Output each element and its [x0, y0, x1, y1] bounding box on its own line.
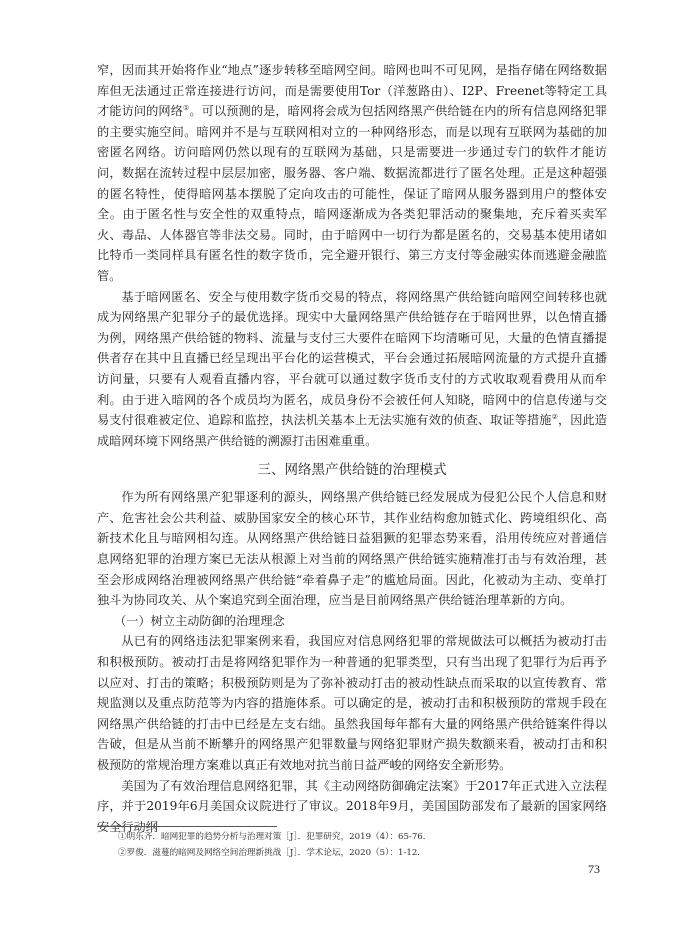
paragraph-darknet-intro: 窄，因而其开始将作业“地点”逐步转移至暗网空间。暗网也叫不可见网，是指存储在网络… [97, 60, 607, 287]
footnote-divider [97, 826, 277, 827]
paragraph-governance-intro: 作为所有网络黑产犯罪逐利的源头，网络黑产供给链已经发展成为侵犯公民个人信息和财产… [97, 487, 607, 611]
paragraph-active-defense: 从已有的网络违法犯罪案例来看，我国应对信息网络犯罪的常规做法可以概括为被动打击和… [97, 631, 607, 775]
page-body: 窄，因而其开始将作业“地点”逐步转移至暗网空间。暗网也叫不可见网，是指存储在网络… [97, 60, 607, 837]
footnote-1: ①明乐齐．暗网犯罪的趋势分析与治理对策［J］．犯罪研究，2019（4）：65-7… [118, 829, 598, 845]
footnote-2: ②罗俊．滋蔓的暗网及网络空间治理新挑战［J］．学术论坛，2020（5）：1-12… [118, 845, 598, 861]
paragraph-text: 基于暗网匿名、安全与使用数字货币交易的特点，将网络黑产供给链向暗网空间转移也就成… [97, 290, 607, 428]
paragraph-darknet-migration: 基于暗网匿名、安全与使用数字货币交易的特点，将网络黑产供给链向暗网空间转移也就成… [97, 287, 607, 452]
subsection-heading: （一）树立主动防御的治理理念 [97, 611, 607, 632]
footnotes: ①明乐齐．暗网犯罪的趋势分析与治理对策［J］．犯罪研究，2019（4）：65-7… [118, 829, 598, 861]
paragraph-text: 。可以预测的是，暗网将会成为包括网络黑产供给链在内的所有信息网络犯罪的主要实施空… [97, 104, 607, 283]
page-number: 73 [588, 862, 600, 877]
section-heading: 三、网络黑产供给链的治理模式 [97, 459, 607, 481]
